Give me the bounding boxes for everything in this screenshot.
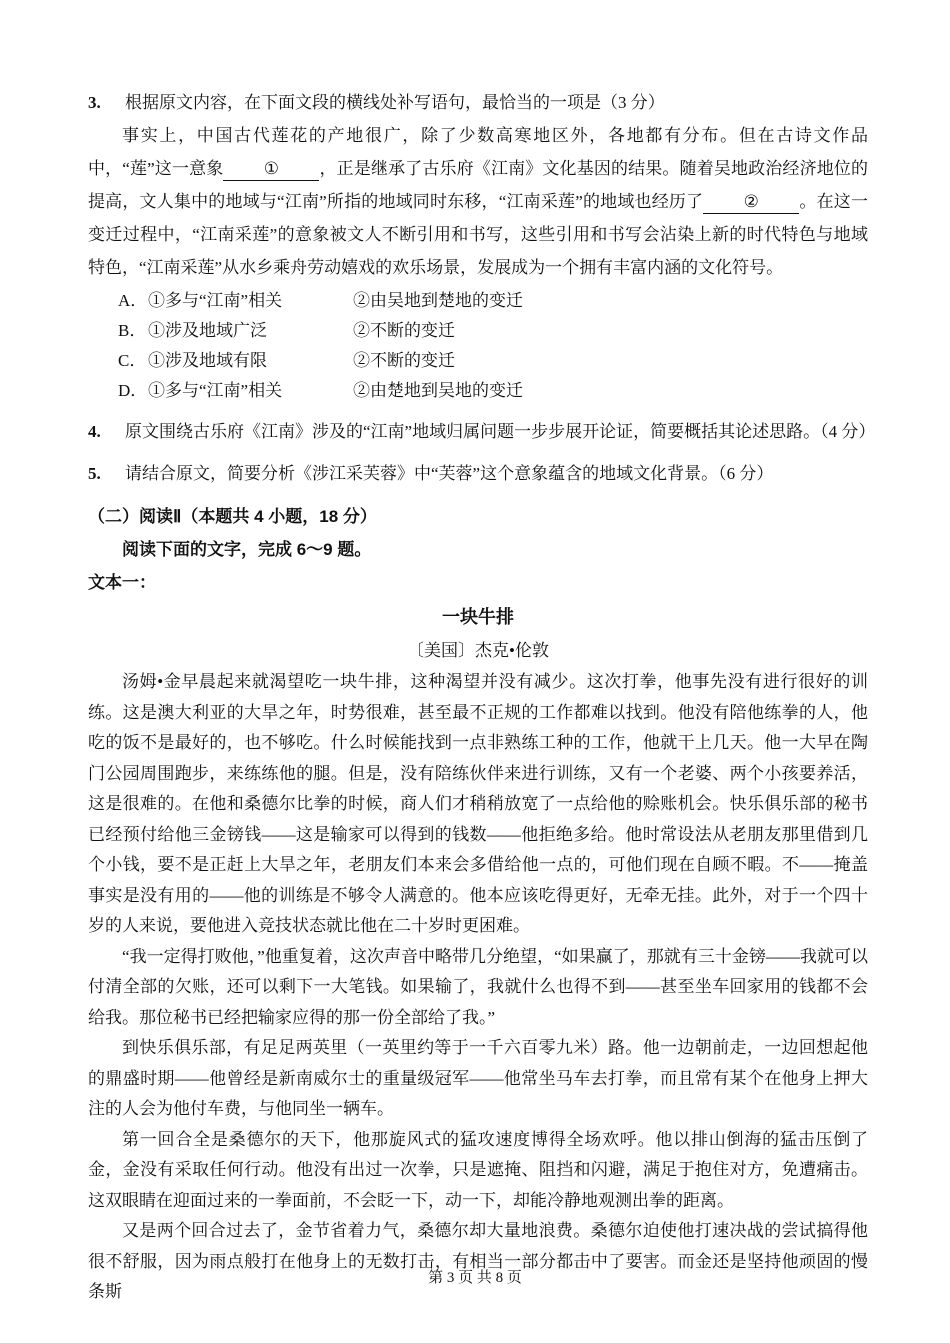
text-one-label: 文本一： [88,566,868,599]
option-d: D．①多与“江南”相关②由楚地到吴地的变迁 [118,376,868,406]
section-2-heading: （二）阅读Ⅱ（本题共 4 小题，18 分） [88,500,868,533]
story-paragraph: “我一定得打败他，”他重复着，这次声音中略带几分绝望，“如果赢了，那就有三十金镑… [88,942,868,1034]
option-b-first-text: ①涉及地域广泛 [148,321,267,340]
option-c-letter: C． [118,346,148,376]
option-b-first: B．①涉及地域广泛 [118,316,353,346]
page-content: 3. 根据原文内容，在下面文段的横线处补写语句，最恰当的一项是（3 分） 事实上… [88,86,868,1308]
option-a-first: A．①多与“江南”相关 [118,286,353,316]
story-title: 一块牛排 [88,601,868,634]
question-5: 5. 请结合原文，简要分析《涉江采芙蓉》中“芙蓉”这个意象蕴含的地域文化背景。（… [88,457,868,490]
story-paragraph: 汤姆•金早晨起来就渴望吃一块牛排，这种渴望并没有减少。这次打拳，他事先没有进行很… [88,667,868,942]
option-c-first-text: ①涉及地域有限 [148,351,267,370]
story-paragraph: 到快乐俱乐部，有足足两英里（一英里约等于一千六百零九米）路。他一边朝前走，一边回… [88,1033,868,1125]
question-3-passage: 事实上，中国古代莲花的产地很广，除了少数高寒地区外，各地都有分布。但在古诗文作品… [88,119,868,284]
option-d-first: D．①多与“江南”相关 [118,376,353,406]
story-author: 〔美国〕杰克•伦敦 [88,634,868,667]
option-c-first: C．①涉及地域有限 [118,346,353,376]
question-4: 4. 原文围绕古乐府《江南》涉及的“江南”地域归属问题一步步展开论证，简要概括其… [88,415,868,448]
question-3: 3. 根据原文内容，在下面文段的横线处补写语句，最恰当的一项是（3 分） [88,86,868,119]
option-a-first-text: ①多与“江南”相关 [148,291,282,310]
exam-page: 3. 根据原文内容，在下面文段的横线处补写语句，最恰当的一项是（3 分） 事实上… [0,0,950,1343]
question-4-number: 4. [88,415,125,448]
fill-in-blank-2: ② [703,191,799,214]
section-2-instruction: 阅读下面的文字，完成 6～9 题。 [88,533,868,566]
option-b: B．①涉及地域广泛②不断的变迁 [118,316,868,346]
question-3-stem: 根据原文内容，在下面文段的横线处补写语句，最恰当的一项是（3 分） [125,86,868,119]
question-5-number: 5. [88,457,125,490]
fill-in-blank-1: ① [223,158,319,181]
story-paragraph: 第一回合全是桑德尔的天下，他那旋风式的猛攻速度博得全场欢呼。他以排山倒海的猛击压… [88,1125,868,1217]
story-body: 汤姆•金早晨起来就渴望吃一块牛排，这种渴望并没有减少。这次打拳，他事先没有进行很… [88,667,868,1308]
option-b-letter: B． [118,316,148,346]
option-d-letter: D． [118,376,148,406]
question-3-options: A．①多与“江南”相关②由吴地到楚地的变迁 B．①涉及地域广泛②不断的变迁 C．… [118,286,868,406]
option-b-second-text: ②不断的变迁 [353,321,455,340]
page-footer: 第 3 页 共 8 页 [0,1266,950,1287]
option-d-second-text: ②由楚地到吴地的变迁 [353,381,523,400]
story-paragraph: 又是两个回合过去了，金节省着力气，桑德尔却大量地浪费。桑德尔迫使他打速决战的尝试… [88,1216,868,1308]
option-a-letter: A． [118,286,148,316]
question-4-stem: 原文围绕古乐府《江南》涉及的“江南”地域归属问题一步步展开论证，简要概括其论述思… [125,415,868,448]
option-c: C．①涉及地域有限②不断的变迁 [118,346,868,376]
option-d-first-text: ①多与“江南”相关 [148,381,282,400]
option-a: A．①多与“江南”相关②由吴地到楚地的变迁 [118,286,868,316]
option-c-second-text: ②不断的变迁 [353,351,455,370]
question-5-stem: 请结合原文，简要分析《涉江采芙蓉》中“芙蓉”这个意象蕴含的地域文化背景。（6 分… [125,457,868,490]
question-3-number: 3. [88,86,125,119]
option-a-second-text: ②由吴地到楚地的变迁 [353,291,523,310]
